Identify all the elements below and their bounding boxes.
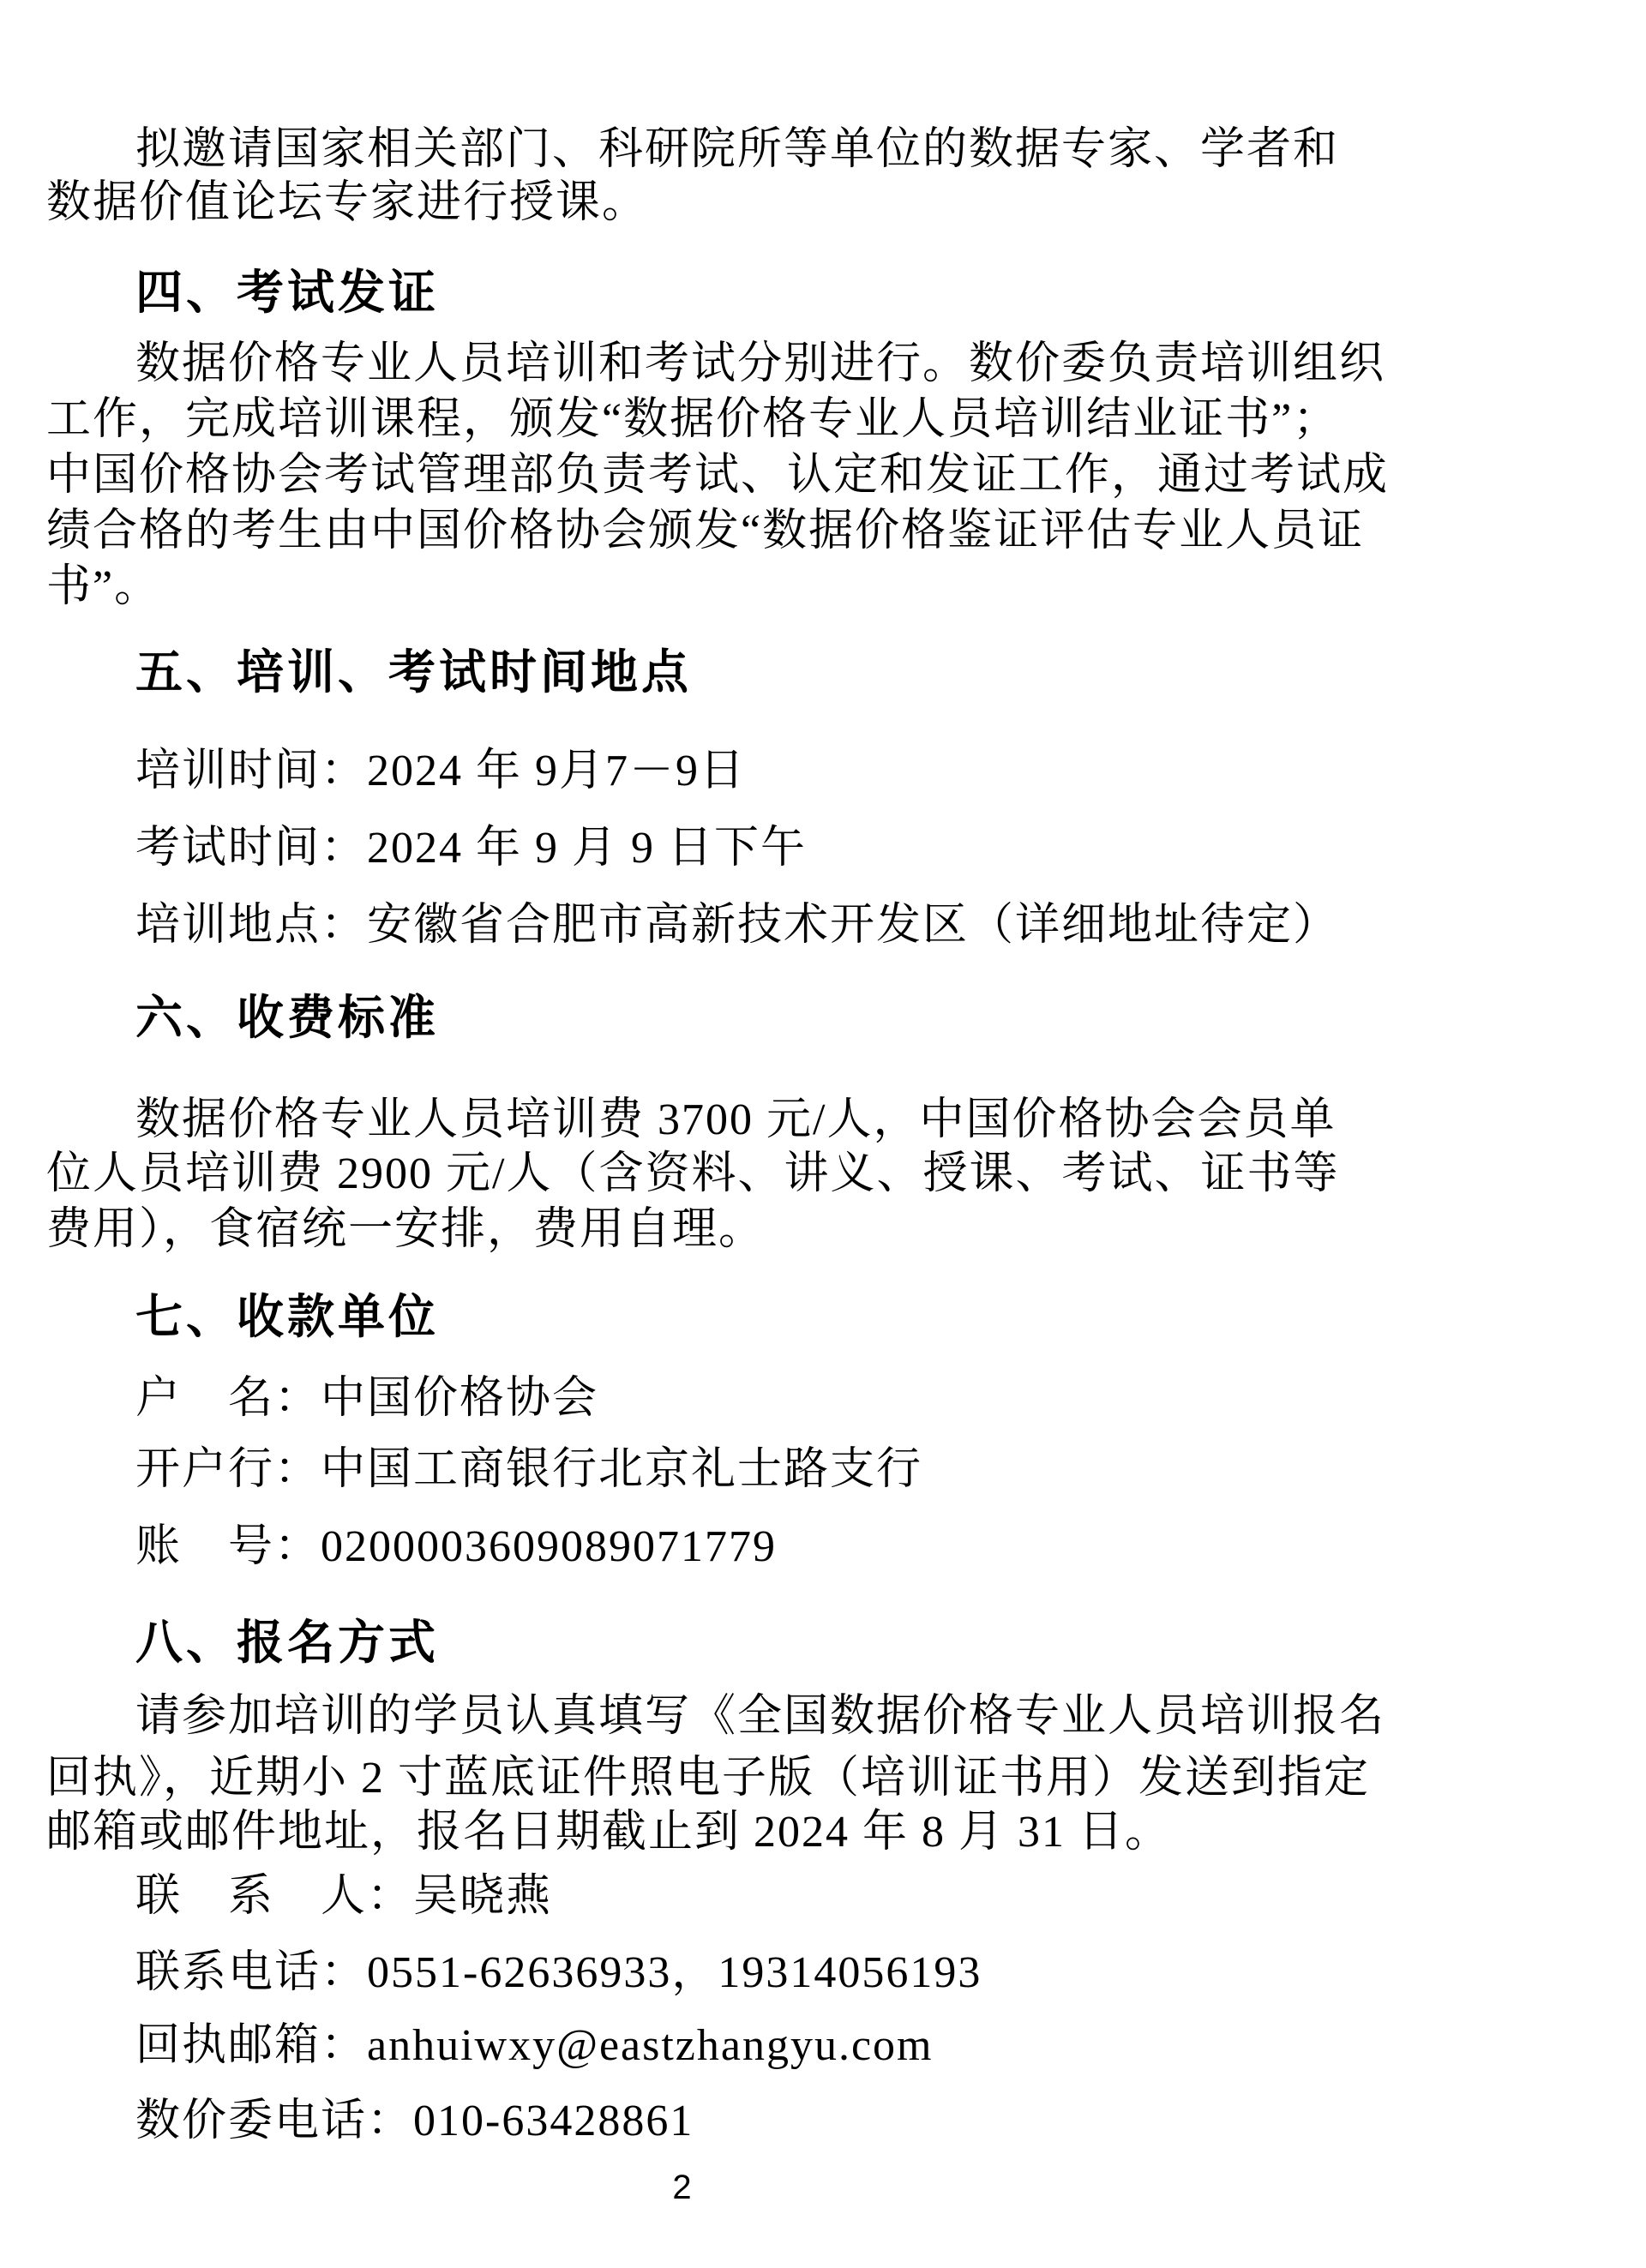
paragraph-line: 回执》，近期小 2 寸蓝底证件照电子版（培训证书用）发送到指定 [46,1750,1367,1806]
account-name-line: 户 名：中国价格协会 [135,1371,1456,1426]
account-number-line: 账 号：0200003609089071779 [135,1519,1456,1575]
committee-phone-line: 数价委电话：010-63428861 [135,2093,1456,2149]
paragraph-line: 数据价格专业人员培训和考试分别进行。数价委负责培训组织 [135,336,1456,392]
page-number: 2 [46,2167,1318,2208]
paragraph-line: 数据价值论坛专家进行授课。 [46,175,1367,231]
paragraph-line: 绩合格的考生由中国价格协会颁发“数据价格鉴证评估专业人员证 [46,503,1367,559]
paragraph-line: 数据价格专业人员培训费 3700 元/人，中国价格协会会员单 [135,1092,1456,1148]
document-page: 拟邀请国家相关部门、科研院所等单位的数据专家、学者和 数据价值论坛专家进行授课。… [0,0,1646,2268]
paragraph-line: 拟邀请国家相关部门、科研院所等单位的数据专家、学者和 [135,122,1456,177]
paragraph-line: 费用），食宿统一安排，费用自理。 [46,1202,1367,1257]
paragraph-line: 工作，完成培训课程，颁发“数据价格专业人员培训结业证书”； [46,392,1367,447]
section-heading-registration: 八、报名方式 [135,1615,439,1671]
paragraph-line: 邮箱或邮件地址，报名日期截止到 2024 年 8 月 31 日。 [46,1804,1367,1860]
contact-person-line: 联 系 人：吴晓燕 [135,1869,1456,1924]
contact-phone-line: 联系电话：0551-62636933，19314056193 [135,1945,1456,2001]
section-heading-exam-certification: 四、考试发证 [135,265,439,321]
paragraph-line: 中国价格协会考试管理部负责考试、认定和发证工作，通过考试成 [46,447,1367,503]
paragraph-line: 位人员培训费 2900 元/人（含资料、讲义、授课、考试、证书等 [46,1146,1367,1202]
bank-branch-line: 开户行：中国工商银行北京礼士路支行 [135,1442,1456,1497]
section-heading-time-place: 五、培训、考试时间地点 [135,645,692,701]
training-place-line: 培训地点：安徽省合肥市高新技术开发区（详细地址待定） [135,897,1456,953]
section-heading-payee: 七、收款单位 [135,1289,439,1346]
paragraph-line: 请参加培训的学员认真填写《全国数据价格专业人员培训报名 [135,1689,1456,1744]
paragraph-line: 书”。 [46,559,1367,615]
section-heading-fees: 六、收费标准 [135,990,439,1047]
exam-time-line: 考试时间：2024 年 9 月 9 日下午 [135,820,1456,876]
training-time-line: 培训时间：2024 年 9月7－9日 [135,743,1456,799]
reply-email-line: 回执邮箱：anhuiwxy@eastzhangyu.com [135,2018,1456,2073]
